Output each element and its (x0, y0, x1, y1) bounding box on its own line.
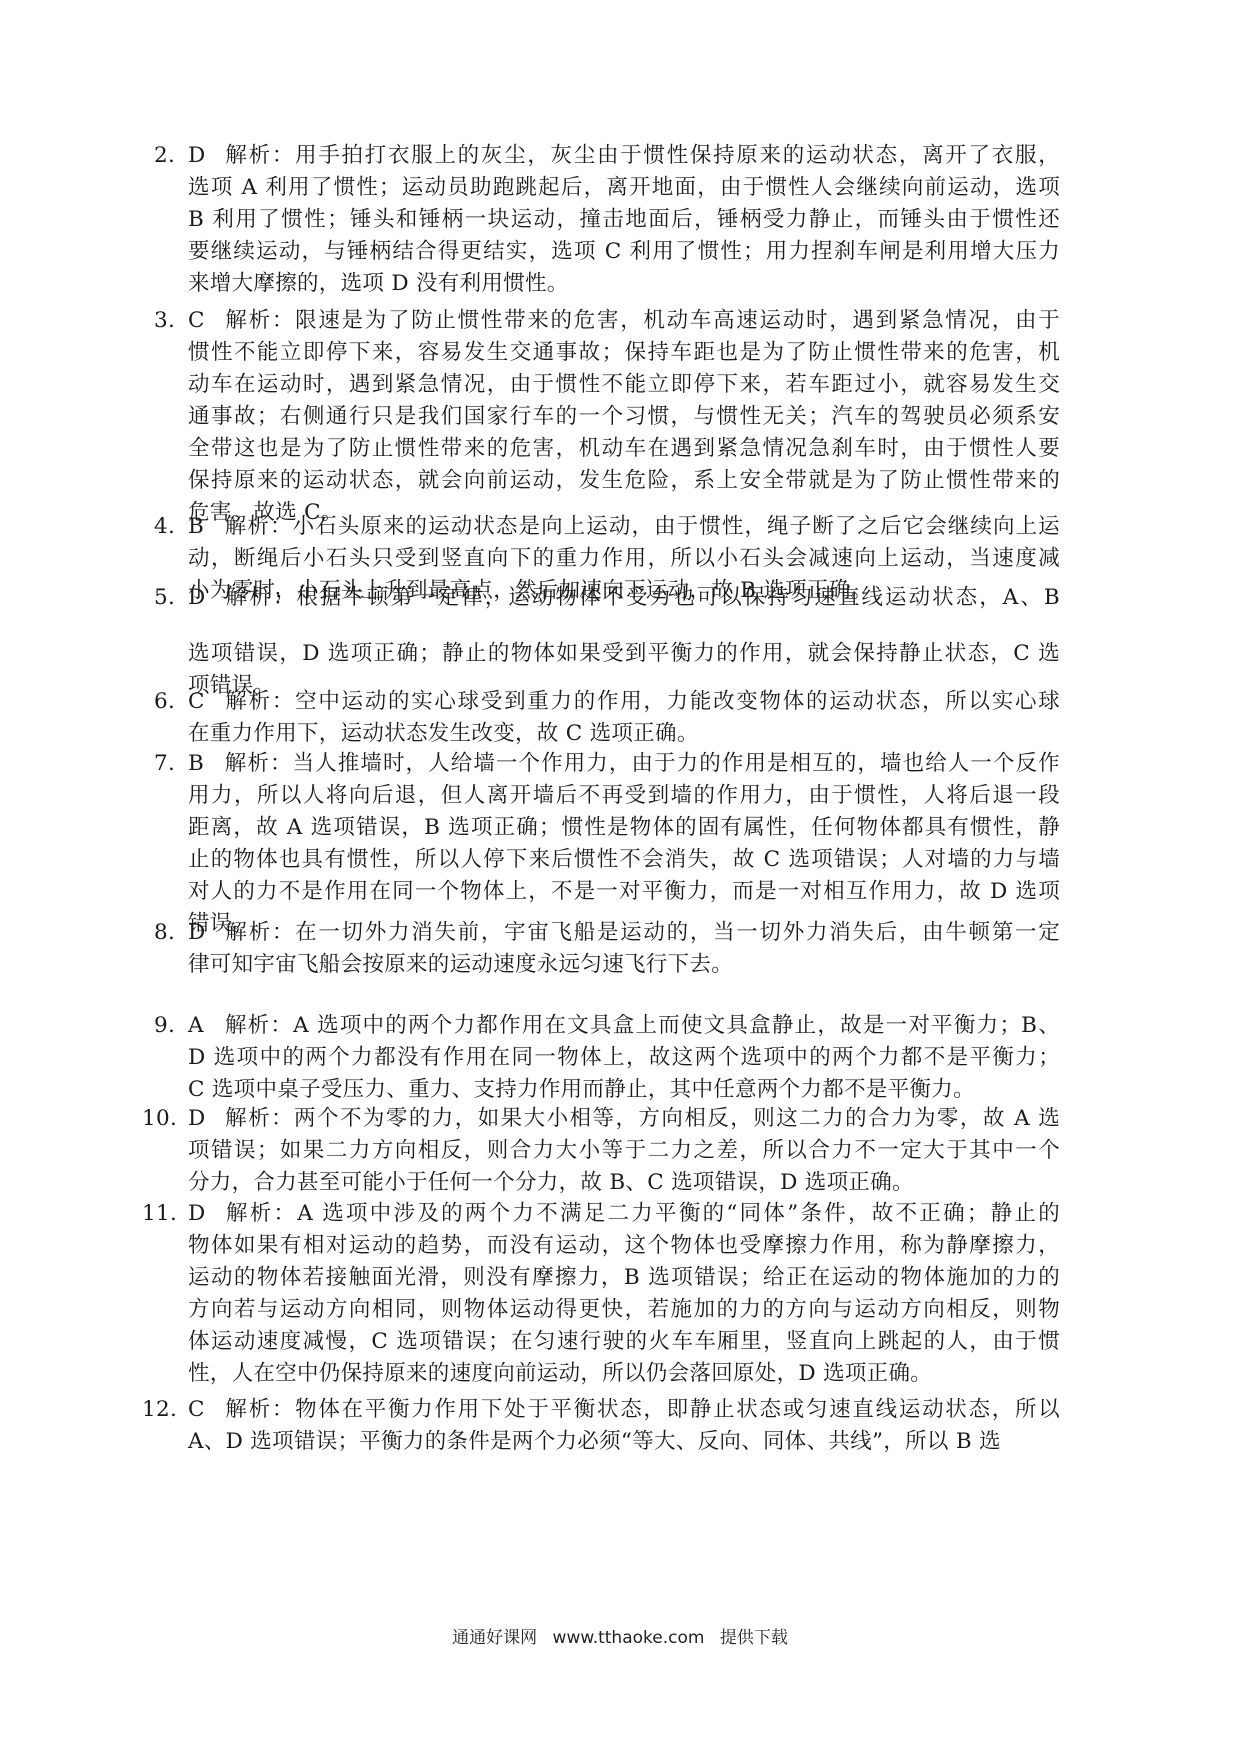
text-line: 动车在运动时，遇到紧急情况，由于惯性不能立即停下来，若车距过小，就容易发生交 (188, 369, 1060, 401)
analysis-text: 空中运动的实心球受到重力的作用，力能改变物体的运动状态，所以实心球 (295, 689, 1060, 714)
analysis-label: 解析： (224, 514, 293, 539)
item-number: 5. (154, 582, 194, 614)
answer-item: 11.D解析：A 选项中涉及的两个力不满足二力平衡的“同体”条件，故不正确；静止… (188, 1198, 1060, 1390)
answer-item: 3.C解析：限速是为了防止惯性带来的危害，机动车高速运动时，遇到紧急情况，由于惯… (188, 305, 1060, 529)
text-line: 惯性不能立即停下来，容易发生交通事故；保持车距也是为了防止惯性带来的危害，机 (188, 337, 1060, 369)
analysis-text: A 选项中涉及的两个力不满足二力平衡的“同体”条件，故不正确；静止的 (297, 1201, 1060, 1226)
text-line: 在重力作用下，运动状态发生改变，故 C 选项正确。 (188, 718, 1060, 750)
text-line: 止的物体也具有惯性，所以人停下来后惯性不会消失，故 C 选项错误；人对墙的力与墙 (188, 844, 1060, 876)
answer-item: 10.D解析：两个不为零的力，如果大小相等，方向相反，则这二力的合力为零，故 A… (188, 1103, 1060, 1199)
text-line: 性，人在空中仍保持原来的速度向前运动，所以仍会落回原处，D 选项正确。 (188, 1358, 1060, 1390)
analysis-label: 解析： (224, 143, 295, 168)
analysis-label: 解析： (224, 689, 295, 714)
analysis-text: 小石头原来的运动状态是向上运动，由于惯性，绳子断了之后它会继续向上运 (293, 514, 1060, 539)
text-line: 要继续运动，与锤柄结合得更结实，选项 C 利用了惯性；用力捏刹车闸是利用增大压力 (188, 236, 1060, 268)
answer-letter: C (188, 1394, 224, 1426)
answer-item: 9.A解析：A 选项中的两个力都作用在文具盒上而使文具盒静止，故是一对平衡力；B… (188, 1010, 1060, 1106)
analysis-text: 根据牛顿第一定律，运动物体不受力也可以保持匀速直线运动状态，A、B (296, 585, 1060, 610)
text-line: D解析：用手拍打衣服上的灰尘，灰尘由于惯性保持原来的运动状态，离开了衣服， (188, 140, 1060, 172)
answer-item: 2.D解析：用手拍打衣服上的灰尘，灰尘由于惯性保持原来的运动状态，离开了衣服，选… (188, 140, 1060, 300)
text-line: C解析：空中运动的实心球受到重力的作用，力能改变物体的运动状态，所以实心球 (188, 686, 1060, 718)
item-number: 10. (142, 1103, 182, 1135)
answer-item: 12.C解析：物体在平衡力作用下处于平衡状态，即静止状态或匀速直线运动状态，所以… (188, 1394, 1060, 1458)
text-line: 选项错误，D 选项正确；静止的物体如果受到平衡力的作用，就会保持静止状态，C 选 (188, 638, 1060, 670)
answer-item: 6.C解析：空中运动的实心球受到重力的作用，力能改变物体的运动状态，所以实心球在… (188, 686, 1060, 750)
text-line: 用力，所以人将向后退，但人离开墙后不再受到墙的作用力，由于惯性，人将后退一段 (188, 780, 1060, 812)
analysis-label: 解析： (224, 308, 295, 333)
answer-letter: D (188, 1103, 224, 1135)
analysis-text: 限速是为了防止惯性带来的危害，机动车高速运动时，遇到紧急情况，由于 (295, 308, 1060, 333)
text-line: B解析：小石头原来的运动状态是向上运动，由于惯性，绳子断了之后它会继续向上运 (188, 511, 1060, 543)
analysis-text: 在一切外力消失前，宇宙飞船是运动的，当一切外力消失后，由牛顿第一定 (295, 920, 1060, 945)
analysis-label: 解析： (224, 1106, 294, 1131)
text-line: 物体如果有相对运动的趋势，而没有运动，这个物体也受摩擦力作用，称为静摩擦力， (188, 1230, 1060, 1262)
text-line: 通事故；右侧通行只是我们国家行车的一个习惯，与惯性无关；汽车的驾驶员必须系安 (188, 401, 1060, 433)
page-footer: 通通好课网 www.tthaoke.com 提供下载 (0, 1623, 1240, 1648)
text-line: D解析：根据牛顿第一定律，运动物体不受力也可以保持匀速直线运动状态，A、B (188, 582, 1060, 614)
text-line: C 选项中桌子受压力、重力、支持力作用而静止，其中任意两个力都不是平衡力。 (188, 1074, 1060, 1106)
item-number: 11. (142, 1198, 182, 1230)
analysis-text: 用手拍打衣服上的灰尘，灰尘由于惯性保持原来的运动状态，离开了衣服， (295, 143, 1060, 168)
analysis-label: 解析： (224, 585, 296, 610)
item-number: 3. (154, 305, 194, 337)
text-line: D解析：在一切外力消失前，宇宙飞船是运动的，当一切外力消失后，由牛顿第一定 (188, 917, 1060, 949)
text-line: D解析：A 选项中涉及的两个力不满足二力平衡的“同体”条件，故不正确；静止的 (188, 1198, 1060, 1230)
footer-site-name: 通通好课网 (452, 1628, 537, 1648)
text-line: 对人的力不是作用在同一个物体上，不是一对平衡力，而是一对相互作用力，故 D 选项 (188, 876, 1060, 908)
answer-item: 5.D解析：根据牛顿第一定律，运动物体不受力也可以保持匀速直线运动状态，A、B选… (188, 582, 1060, 702)
item-number: 7. (154, 748, 194, 780)
answer-item: 8.D解析：在一切外力消失前，宇宙飞船是运动的，当一切外力消失后，由牛顿第一定律… (188, 917, 1060, 981)
text-line: 距离，故 A 选项错误，B 选项正确；惯性是物体的固有属性，任何物体都具有惯性，… (188, 812, 1060, 844)
item-number: 12. (142, 1394, 182, 1426)
text-line: D 选项中的两个力都没有作用在同一物体上，故这两个选项中的两个力都不是平衡力； (188, 1042, 1060, 1074)
answer-item: 7.B解析：当人推墙时，人给墙一个作用力，由于力的作用是相互的，墙也给人一个反作… (188, 748, 1060, 940)
text-line: A、D 选项错误；平衡力的条件是两个力必须“等大、反向、同体、共线”，所以 B … (188, 1426, 1060, 1458)
answer-letter: D (188, 1198, 224, 1230)
analysis-text: 物体在平衡力作用下处于平衡状态，即静止状态或匀速直线运动状态，所以 (295, 1397, 1060, 1422)
analysis-text: 当人推墙时，人给墙一个作用力，由于力的作用是相互的，墙也给人一个反作 (293, 751, 1060, 776)
text-line: B 利用了惯性；锤头和锤柄一块运动，撞击地面后，锤柄受力静止，而锤头由于惯性还 (188, 204, 1060, 236)
item-number: 8. (154, 917, 194, 949)
text-line: C解析：物体在平衡力作用下处于平衡状态，即静止状态或匀速直线运动状态，所以 (188, 1394, 1060, 1426)
analysis-text: A 选项中的两个力都作用在文具盒上而使文具盒静止，故是一对平衡力；B、 (293, 1013, 1060, 1038)
item-number: 4. (154, 511, 194, 543)
text-line: 全带这也是为了防止惯性带来的危害，机动车在遇到紧急情况急刹车时，由于惯性人要 (188, 433, 1060, 465)
text-line: 体运动速度减慢，C 选项错误；在匀速行驶的火车车厢里，竖直向上跳起的人，由于惯 (188, 1326, 1060, 1358)
analysis-label: 解析： (224, 920, 295, 945)
analysis-label: 解析： (224, 751, 293, 776)
text-line: C解析：限速是为了防止惯性带来的危害，机动车高速运动时，遇到紧急情况，由于 (188, 305, 1060, 337)
text-line: 分力，合力甚至可能小于任何一个分力，故 B、C 选项错误，D 选项正确。 (188, 1167, 1060, 1199)
text-line: 动，断绳后小石头只受到竖直向下的重力作用，所以小石头会减速向上运动，当速度减 (188, 543, 1060, 575)
footer-suffix: 提供下载 (720, 1628, 788, 1648)
text-line: 方向若与运动方向相同，则物体运动得更快，若施加的力的方向与运动方向相反，则物 (188, 1294, 1060, 1326)
text-line: 来增大摩擦的，选项 D 没有利用惯性。 (188, 268, 1060, 300)
item-number: 9. (154, 1010, 194, 1042)
text-line: 律可知宇宙飞船会按原来的运动速度永远匀速飞行下去。 (188, 949, 1060, 981)
analysis-label: 解析： (224, 1013, 293, 1038)
text-line: A解析：A 选项中的两个力都作用在文具盒上而使文具盒静止，故是一对平衡力；B、 (188, 1010, 1060, 1042)
text-line: 运动的物体若接触面光滑，则没有摩擦力，B 选项错误；给正在运动的物体施加的力的 (188, 1262, 1060, 1294)
item-number: 2. (154, 140, 194, 172)
analysis-label: 解析： (224, 1201, 297, 1226)
item-number: 6. (154, 686, 194, 718)
text-line: B解析：当人推墙时，人给墙一个作用力，由于力的作用是相互的，墙也给人一个反作 (188, 748, 1060, 780)
text-line: 保持原来的运动状态，就会向前运动，发生危险，系上安全带就是为了防止惯性带来的 (188, 465, 1060, 497)
analysis-text: 两个不为零的力，如果大小相等，方向相反，则这二力的合力为零，故 A 选 (294, 1106, 1060, 1131)
text-line: 选项 A 利用了惯性；运动员助跑跳起后，离开地面，由于惯性人会继续向前运动，选项 (188, 172, 1060, 204)
document-page: 2.D解析：用手拍打衣服上的灰尘，灰尘由于惯性保持原来的运动状态，离开了衣服，选… (0, 0, 1240, 1754)
footer-url[interactable]: www.tthaoke.com (553, 1628, 705, 1648)
text-line: D解析：两个不为零的力，如果大小相等，方向相反，则这二力的合力为零，故 A 选 (188, 1103, 1060, 1135)
analysis-label: 解析： (224, 1397, 295, 1422)
text-line: 项错误；如果二力方向相反，则合力大小等于二力之差，所以合力不一定大于其中一个 (188, 1135, 1060, 1167)
